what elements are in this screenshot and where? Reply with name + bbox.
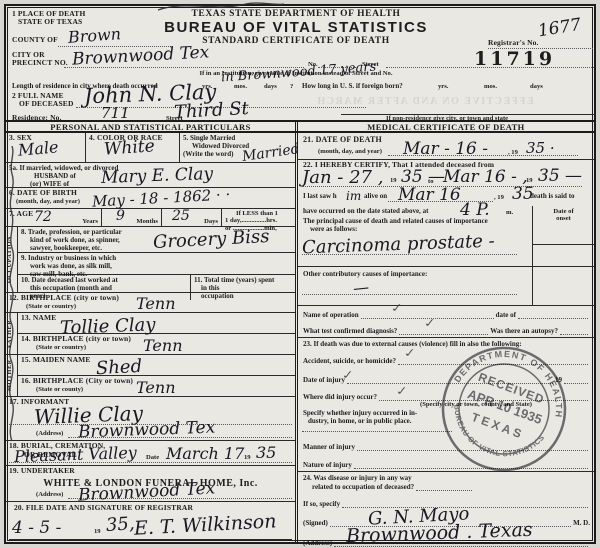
date-of-onset-box: Date of onset [532,206,594,305]
county-value: Brown [68,26,122,46]
informant-address-label: (Address) [36,430,63,437]
informant-address-value: Brownwood Tex [78,420,216,442]
header-area: 1 PLACE OF DEATH STATE OF TEXAS TEXAS ST… [6,6,594,120]
occupation-block: OCCUPATION 8. Trade, profession, or part… [6,227,295,293]
burial-year-value: 35 [256,445,276,461]
sex-value: Male [17,139,59,158]
informant-row: 17. INFORMANT Willie Clay (Address) Brow… [6,397,295,441]
precinct-no-label: PRECINCT NO. [12,59,68,68]
father-birthplace-value: Tenn [143,338,183,354]
undertaker-row: 19. UNDERTAKER WHITE & LONDON FUNERAL HO… [6,466,295,502]
dob-value: May - 18 - 1862 · · [92,187,231,209]
burial-date-value: March 17 [166,446,244,462]
file-date-year: 35, [105,515,135,535]
personal-particulars-column: 3. SEX Male 4. COLOR OR RACE White 5. Si… [6,133,298,542]
occurred-time-value: 4 P. [460,202,490,219]
undertaker-address-value: Brownwood Tex [78,480,216,504]
date-of-death-year: 35 · [526,141,555,156]
file-date-row: 20. FILE DATE AND SIGNATURE OF REGISTRAR… [6,502,295,546]
medical-certificate-column: 21. DATE OF DEATH (month, day, and year)… [298,133,594,542]
bureau-title: BUREAU OF VITAL STATISTICS [106,19,486,36]
registrar-no-value: 1677 [537,17,582,41]
date-of-death-row: 21. DATE OF DEATH (month, day, and year)… [298,133,594,160]
residence-no-value: 711 [101,106,130,121]
age-row: 7. AGE 72 Years 9 Months 25 Days If LESS… [6,209,295,227]
mother-birthplace-value: Tenn [136,380,176,396]
physician-address-row: (Address) Brownwood . Texas [298,530,594,548]
race-value: White [103,138,155,158]
residence-length-value: in Brownwood 17 years [221,61,377,85]
residence-street-value: Third St [174,100,250,122]
city-value: Brownwood Tex [72,44,210,68]
right-section-title: MEDICAL CERTIFICATE OF DEATH [298,122,594,131]
attended-from-year: 35 — [401,169,445,186]
spouse-value: Mary E. Clay [101,166,214,187]
mother-block: MOTHER 15. MAIDEN NAME Shed 16. BIRTHPLA… [6,355,295,397]
occupation-related-row: 24. Was disease or injury in any way rel… [298,472,594,496]
days-label: days [264,83,277,90]
attended-from-value: Jan - 27 , [302,169,383,187]
margin-scribble [4,146,20,446]
father-block: FATHER 13. NAME Tollie Clay 14. BIRTHPLA… [6,313,295,355]
undertaker-address-label: (Address) [36,491,63,498]
state-of-texas-label: STATE OF TEXAS [18,18,82,27]
dob-row: 6. DATE OF BIRTH (month, day, and year) … [6,188,295,209]
left-section-title: PERSONAL AND STATISTICAL PARTICULARS [6,122,298,131]
birthplace-value: Tenn [136,296,176,312]
question-mark: ? [290,83,293,90]
lastsaw-him: im [346,190,361,202]
file-number: 11719 [474,48,555,70]
section-title-row: PERSONAL AND STATISTICAL PARTICULARS MED… [6,120,594,133]
race-cell: 4. COLOR OR RACE White [86,133,180,162]
birthplace-row: 12. BIRTHPLACE (city or town) (State or … [6,293,295,313]
diagnosis-row: What test confirmed diagnosis? Was there… [298,322,594,338]
burial-date-label: Date [146,454,159,461]
foreign-born-label: How long in U. S. if foreign born? [302,82,403,90]
operation-row: Name of operation date of ✓ [298,306,594,322]
registrar-no-label: Registrar's No. [488,39,539,48]
age-days-value: 25 [172,209,190,223]
file-date-value: 4 - 5 - [12,520,61,537]
age-years-value: 72 [34,210,52,224]
marital-cell: 5. Single Married Widowed Divorced (Writ… [180,133,295,162]
death-certificate: EFFECTIVE ON AND AFTER MARCH 1 PLACE OF … [4,4,596,544]
age-months-value: 9 [116,209,125,223]
attended-to-year: 35 — [538,168,582,185]
registrar-signature: E. T. Wilkinson [134,512,277,538]
cause-block: have occurred on the date stated above, … [298,206,594,306]
spouse-row: 5a. If married, widowed, or divorced HUS… [6,163,295,188]
received-stamp: DEPARTMENT OF HEALTH BUREAU OF VITAL STA… [438,343,570,475]
burial-row: 18. BURIAL, CREMATION, OR REMOVAL Pleasa… [6,441,295,466]
county-label: COUNTY OF [12,36,58,45]
top-flourish [156,2,286,12]
certify-block: 22. I HEREBY CERTIFY, That I attended de… [298,160,594,206]
